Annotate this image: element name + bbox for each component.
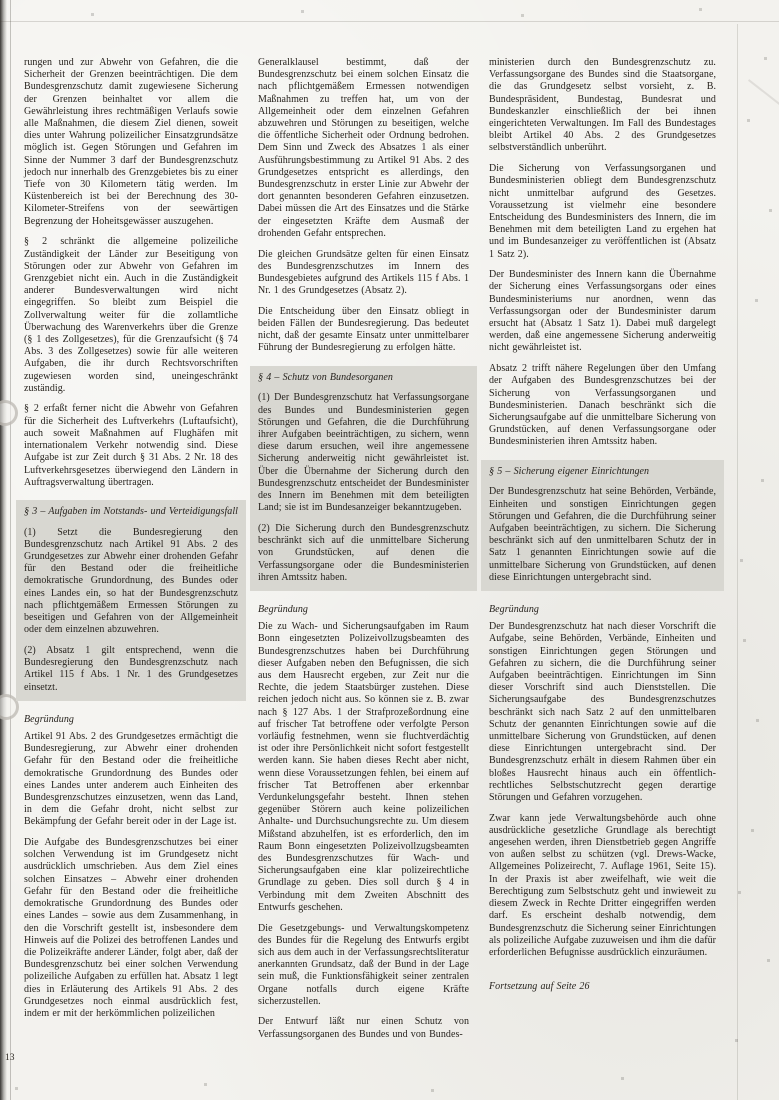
paragraph: § 2 erfaßt ferner nicht die Abwehr von G… xyxy=(24,403,238,488)
law-section-heading: § 4 – Schutz von Bundesorganen xyxy=(258,372,469,384)
scan-artifact-left-line xyxy=(10,0,11,1100)
paragraph: Generalklausel bestimmt, daß der Bundesg… xyxy=(258,57,469,240)
law-paragraph: (1) Der Bundesgrenzschutz hat Verfassung… xyxy=(258,392,469,514)
scan-artifact-ring-blemish xyxy=(0,400,18,426)
law-section-5: § 5 – Sicherung eigener Einrichtungen De… xyxy=(481,460,724,591)
law-section-3: § 3 – Aufgaben im Notstands- und Verteid… xyxy=(16,500,246,701)
law-section-heading: § 5 – Sicherung eigener Einrichtungen xyxy=(489,466,716,478)
document-page: rungen und zur Abwehr von Gefahren, die … xyxy=(0,0,779,1100)
scan-artifact-top-line xyxy=(0,21,779,22)
law-paragraph: (2) Die Sicherung durch den Bundesgrenzs… xyxy=(258,523,469,584)
text-column-right: ministerien durch den Bundesgrenzschutz … xyxy=(489,57,716,1002)
paragraph: Der Bundesminister des Innern kann die Ü… xyxy=(489,269,716,354)
paragraph: Zwar kann jede Verwaltungsbehörde auch o… xyxy=(489,813,716,959)
page-number: 13 xyxy=(5,1053,15,1063)
law-section-heading: § 3 – Aufgaben im Notstands- und Verteid… xyxy=(24,506,238,518)
paragraph: Die Aufgabe des Bundesgrenzschutzes bei … xyxy=(24,837,238,1020)
paragraph: rungen und zur Abwehr von Gefahren, die … xyxy=(24,57,238,228)
law-section-4: § 4 – Schutz von Bundesorganen (1) Der B… xyxy=(250,366,477,591)
scan-artifact-right-line xyxy=(737,24,738,1100)
paragraph: Die zu Wach- und Sicherungsaufgaben im R… xyxy=(258,621,469,914)
begruendung-heading: Begründung xyxy=(24,714,238,726)
scan-artifact-left-edge xyxy=(0,0,7,1100)
text-column-middle: Generalklausel bestimmt, daß der Bundesg… xyxy=(258,57,469,1049)
scan-artifact-diagonal-streak xyxy=(748,79,779,119)
paragraph: Der Bundesgrenzschutz hat nach dieser Vo… xyxy=(489,621,716,804)
paragraph: Absatz 2 trifft nähere Regelungen über d… xyxy=(489,363,716,448)
law-paragraph: Der Bundesgrenzschutz hat seine Behörden… xyxy=(489,486,716,584)
paragraph: Artikel 91 Abs. 2 des Grundgesetzes ermä… xyxy=(24,731,238,829)
law-paragraph: (1) Setzt die Bundesregierung den Bundes… xyxy=(24,527,238,637)
begruendung-heading: Begründung xyxy=(258,604,469,616)
paragraph: Die gleichen Grundsätze gelten für einen… xyxy=(258,249,469,298)
paragraph: § 2 schränkt die allgemeine polizeiliche… xyxy=(24,236,238,395)
text-column-left: rungen und zur Abwehr von Gefahren, die … xyxy=(24,57,238,1029)
paragraph: Die Entscheidung über den Einsatz oblieg… xyxy=(258,306,469,355)
paragraph: Der Entwurf läßt nur einen Schutz von Ve… xyxy=(258,1016,469,1040)
paragraph: Die Sicherung von Verfassungsorganen und… xyxy=(489,163,716,261)
begruendung-heading: Begründung xyxy=(489,604,716,616)
continuation-note: Fortsetzung auf Seite 26 xyxy=(489,981,716,993)
paragraph: Die Gesetzgebungs- und Verwaltungskompet… xyxy=(258,923,469,1008)
law-paragraph: (2) Absatz 1 gilt entsprechend, wenn die… xyxy=(24,645,238,694)
scan-artifact-speckles xyxy=(0,0,1,1)
paragraph: ministerien durch den Bundesgrenzschutz … xyxy=(489,57,716,155)
